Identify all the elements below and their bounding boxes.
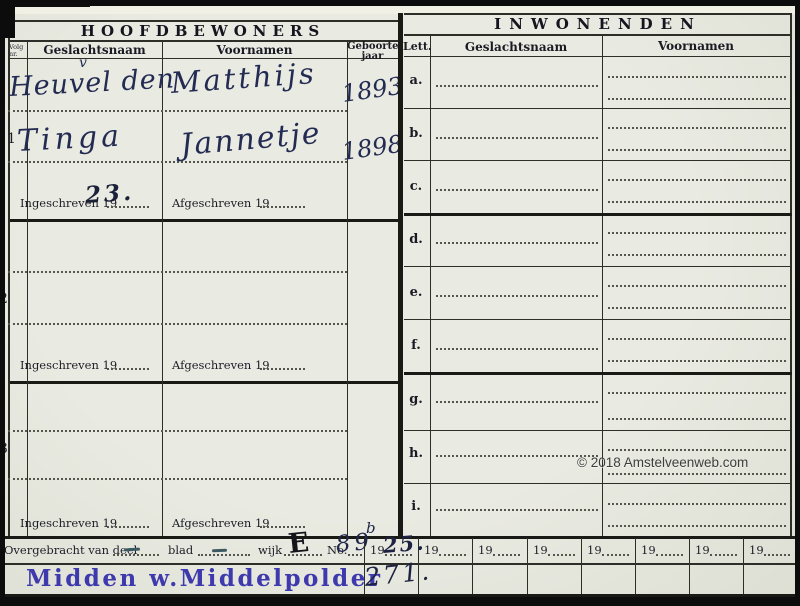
left-table-top-border — [8, 20, 398, 22]
left-firstnames-header: Voornamen — [162, 43, 347, 57]
letter-label: f. — [404, 338, 428, 353]
footer-cell-divider — [472, 538, 473, 594]
year-cell: 19 — [641, 543, 656, 557]
afgeschreven-label: Afgeschreven 19 — [172, 358, 270, 372]
right-table-top-border — [404, 13, 792, 15]
municipality-stamp: Midden w.Middelpolder — [26, 565, 382, 592]
right-title-underline — [404, 34, 792, 36]
row-separator — [404, 108, 790, 109]
writing-line — [8, 110, 347, 112]
left-block-separator-1 — [8, 219, 398, 222]
row-separator — [404, 483, 790, 484]
footer-cell-divider — [743, 538, 744, 594]
lett-column-divider — [430, 34, 431, 536]
writing-line — [8, 478, 347, 480]
letter-label: h. — [404, 446, 428, 461]
dotted-leader — [107, 368, 149, 370]
footer-cell-divider — [635, 538, 636, 594]
writing-line — [436, 85, 598, 87]
right-table-right-border — [790, 13, 792, 536]
birthyear-header-line2: jaar — [347, 51, 398, 62]
writing-line — [608, 449, 786, 451]
dotted-leader — [548, 554, 575, 556]
writing-line — [436, 509, 598, 511]
row-separator — [404, 319, 790, 320]
dotted-leader — [656, 554, 683, 556]
writing-line — [608, 254, 786, 256]
writing-line — [608, 149, 786, 151]
scanned-register-page: HOOFDBEWONERS Volg nr. Geslachtsnaam Voo… — [0, 0, 800, 606]
dotted-leader — [198, 554, 250, 556]
dotted-leader — [439, 554, 466, 556]
left-header-underline — [8, 58, 398, 59]
afgeschreven-label: Afgeschreven 19 — [172, 196, 270, 210]
writing-line — [608, 232, 786, 234]
afgeschreven-label: Afgeschreven 19 — [172, 516, 270, 530]
watermark: © 2018 Amstelveenweb.com — [577, 455, 748, 470]
letter-label: g. — [404, 392, 428, 407]
letter-label: c. — [404, 179, 428, 194]
writing-line — [608, 338, 786, 340]
writing-line — [608, 503, 786, 505]
writing-line — [608, 525, 786, 527]
dotted-leader — [493, 554, 520, 556]
year-cell: 19 — [587, 543, 602, 557]
birthyear-column-divider — [347, 40, 348, 536]
footer-cell-divider — [581, 538, 582, 594]
ingeschreven-label: Ingeschreven 19 — [20, 196, 117, 210]
surname-firstname-divider-left — [162, 40, 163, 536]
dotted-leader — [107, 526, 149, 528]
wijk-value-written: E — [287, 527, 311, 560]
writing-line — [436, 189, 598, 191]
footer-cell-divider — [527, 538, 528, 594]
writing-line — [608, 392, 786, 394]
blad-label: blad — [168, 543, 193, 557]
row-separator — [404, 430, 790, 431]
ingeschreven-label: Ingeschreven 19 — [20, 358, 117, 372]
surname-written: Tinga — [16, 118, 124, 159]
row-number: 1 — [7, 131, 16, 147]
dotted-leader — [764, 554, 790, 556]
scan-edge-top — [0, 0, 90, 7]
writing-line — [436, 455, 598, 457]
writing-line — [608, 285, 786, 287]
row-number: 3 — [5, 441, 16, 459]
wijk-label: wijk — [258, 543, 282, 557]
dotted-leader — [260, 206, 305, 208]
dotted-leader — [602, 554, 629, 556]
left-title-underline — [8, 40, 398, 42]
dotted-leader — [260, 368, 305, 370]
writing-line — [436, 295, 598, 297]
lett-header: Lett. — [403, 40, 430, 53]
right-firstnames-header: Voornamen — [602, 39, 790, 53]
year-cell: 19 — [533, 543, 548, 557]
writing-line — [608, 201, 786, 203]
hoofdbewoners-title: HOOFDBEWONERS — [8, 22, 398, 40]
inwonenden-title: INWONENDEN — [404, 15, 792, 33]
right-surname-header: Geslachtsnaam — [430, 40, 602, 54]
footer-cell-divider — [689, 538, 690, 594]
row-separator — [404, 160, 790, 161]
writing-line — [436, 348, 598, 350]
year-cell: 19 — [695, 543, 710, 557]
writing-line — [8, 430, 347, 432]
writing-line — [8, 323, 347, 325]
group-separator — [404, 372, 792, 375]
writing-line — [608, 307, 786, 309]
letter-label: a. — [404, 73, 428, 88]
letter-label: e. — [404, 285, 428, 300]
letter-label: d. — [404, 232, 428, 247]
year-cell: 19 — [478, 543, 493, 557]
left-surname-header: Geslachtsnaam — [27, 43, 162, 57]
house-number-suffix-written: b — [366, 519, 376, 537]
letter-label: b. — [404, 126, 428, 141]
writing-line — [608, 360, 786, 362]
year-cell: 19 — [749, 543, 764, 557]
page-bottom-border — [5, 594, 795, 597]
writing-line — [608, 127, 786, 129]
writing-line — [8, 161, 347, 163]
writing-line — [8, 271, 347, 273]
transfer-year-written: 25. — [382, 529, 427, 558]
writing-line — [608, 473, 786, 475]
letter-label: i. — [404, 499, 428, 514]
writing-line — [436, 242, 598, 244]
ingeschreven-label: Ingeschreven 19 — [20, 516, 117, 530]
left-block-separator-2 — [8, 381, 398, 384]
writing-line — [608, 76, 786, 78]
writing-line — [436, 137, 598, 139]
dotted-leader — [107, 206, 149, 208]
insert-mark-written: v — [79, 55, 87, 71]
row-separator — [404, 266, 790, 267]
group-separator — [404, 213, 792, 216]
writing-line — [608, 179, 786, 181]
volgnr-column-divider — [27, 40, 28, 536]
row-number: 2 — [5, 291, 16, 309]
dotted-leader — [710, 554, 737, 556]
right-header-underline — [404, 56, 792, 57]
writing-line — [608, 418, 786, 420]
writing-line — [608, 98, 786, 100]
writing-line — [436, 401, 598, 403]
table-divider — [398, 13, 403, 536]
pen-dash — [212, 549, 227, 553]
dotted-leader — [113, 554, 159, 556]
volgnr-header-line2: nr. — [9, 50, 18, 58]
